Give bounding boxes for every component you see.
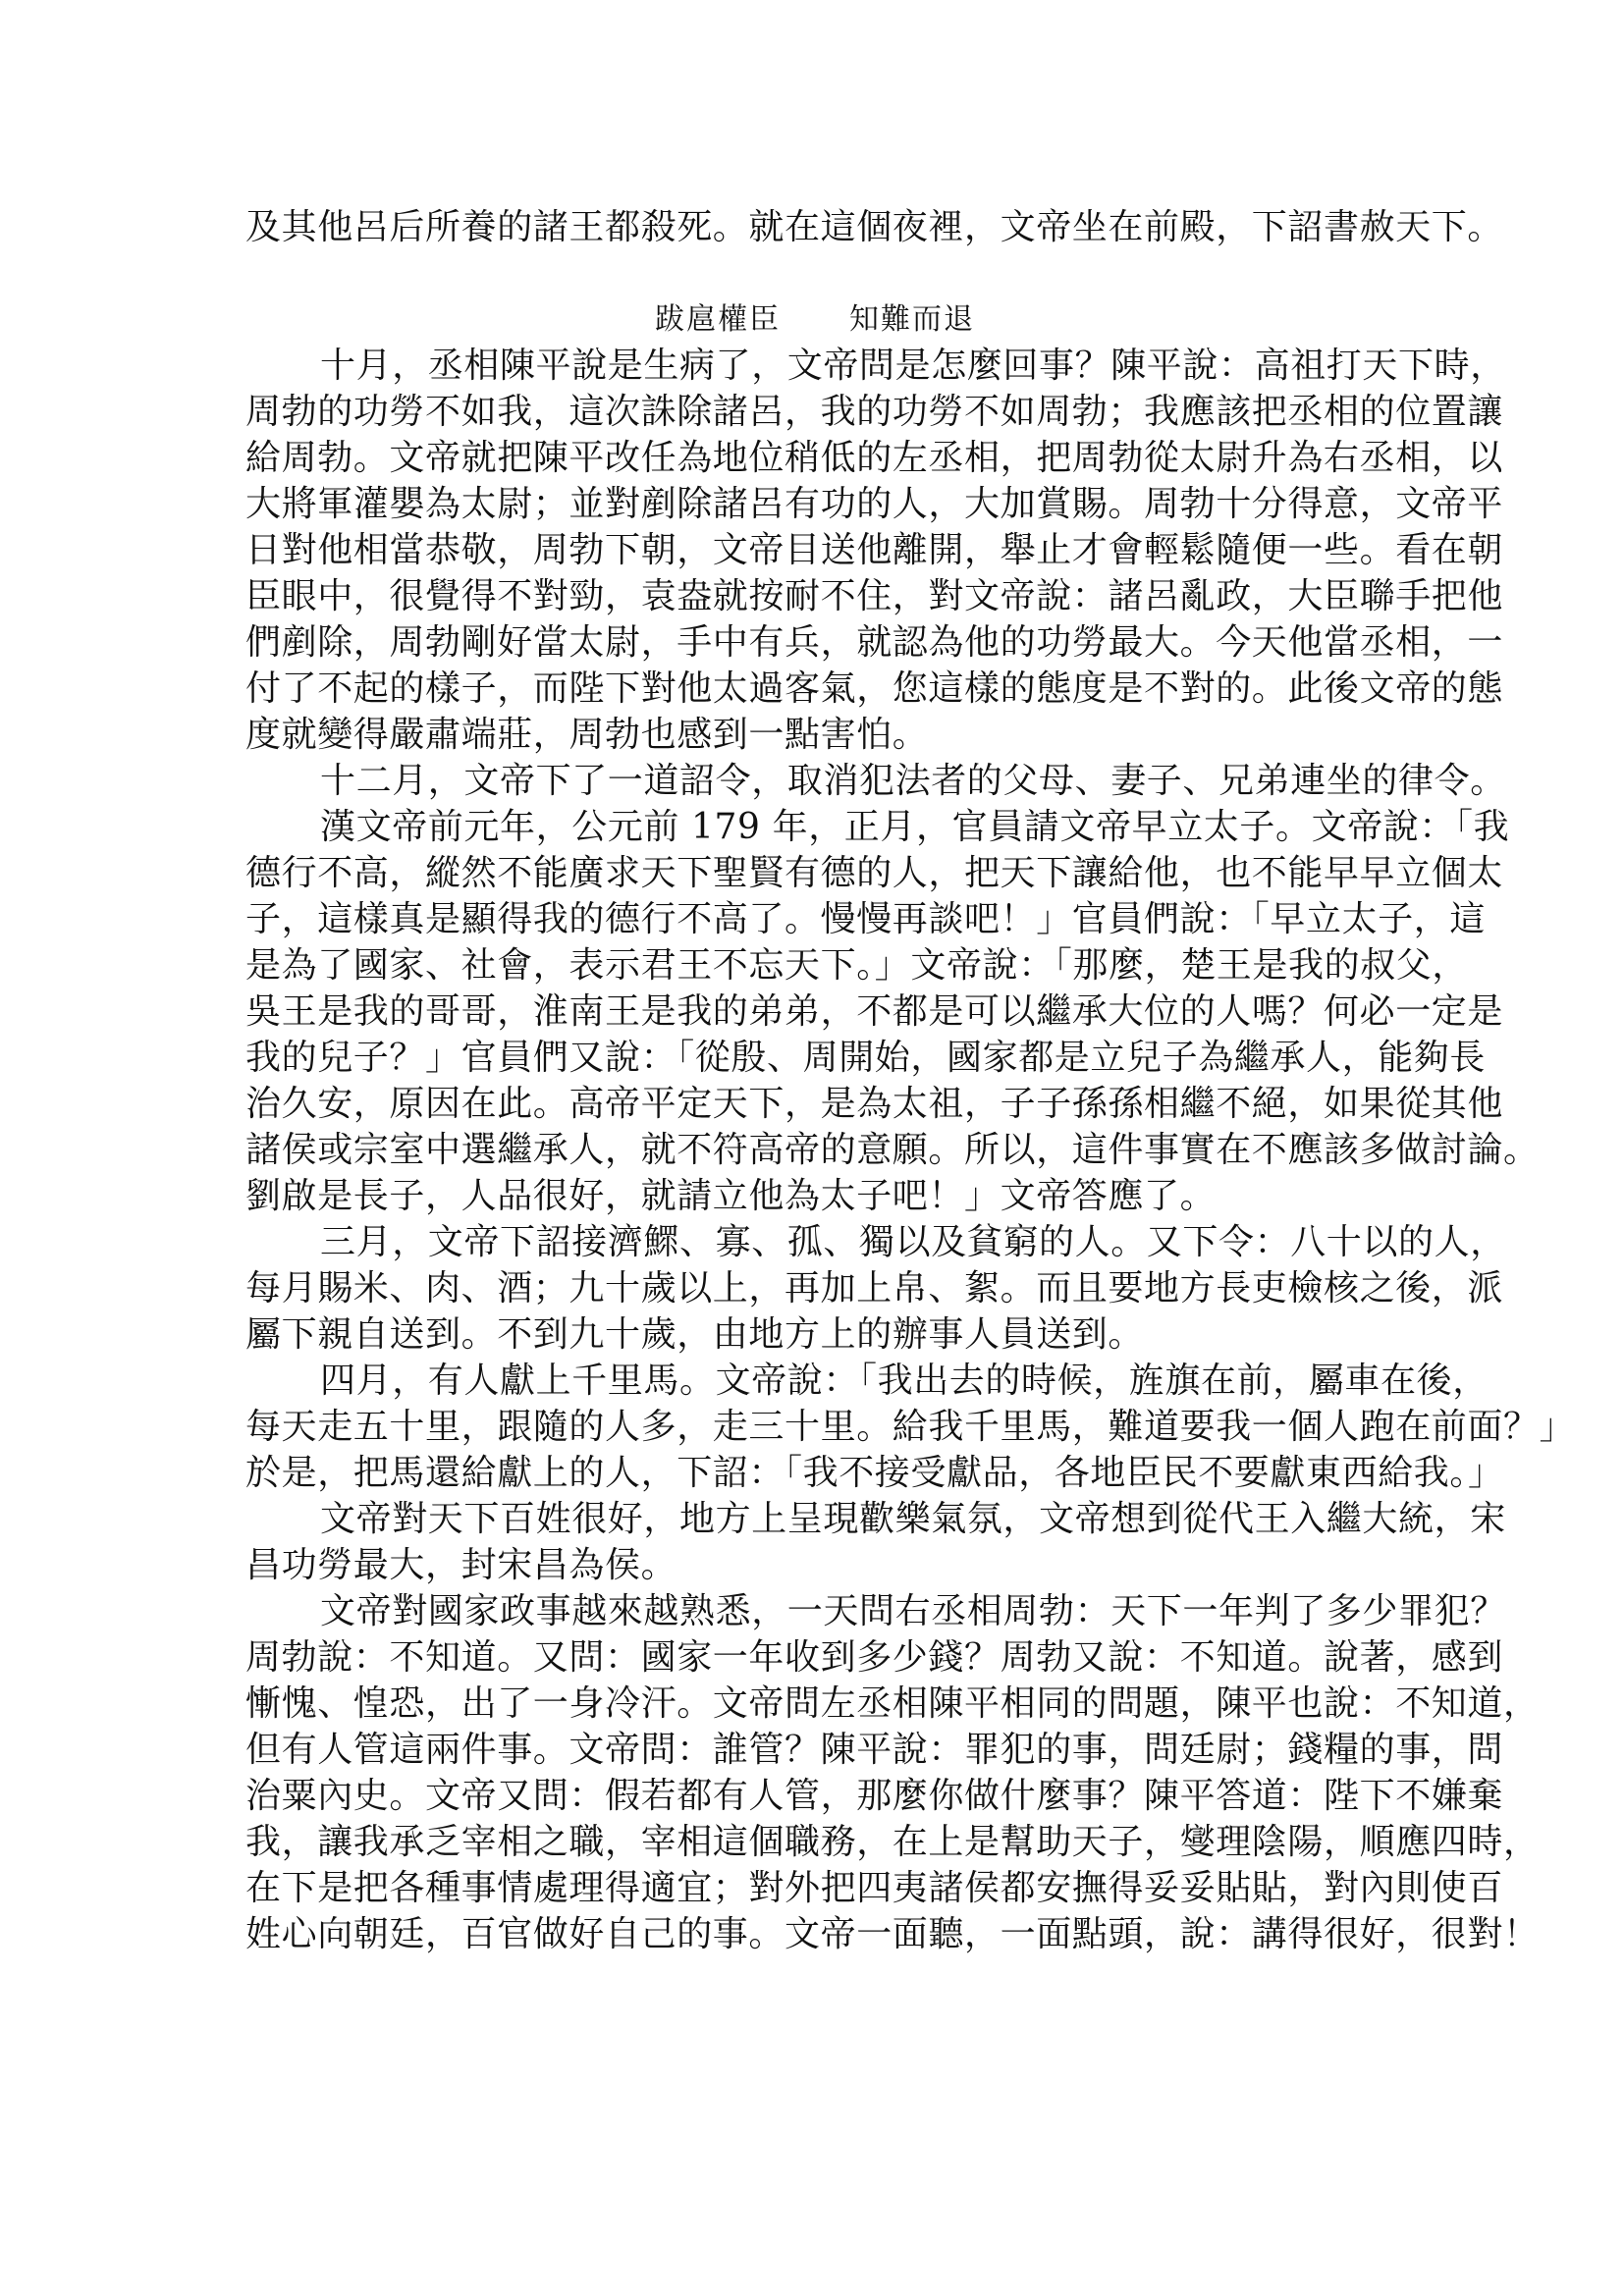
paragraph-crown-prince: 漢文帝前元年，公元前 179 年，正月，官員請文帝早立太子。文帝說：「我 德行不… — [245, 804, 1384, 1219]
text-line: 於是，把馬還給獻上的人，下詔：「我不接受獻品，各地臣民不要獻東西給我。」 — [245, 1450, 1384, 1496]
text-line: 我，讓我承乏宰相之職，宰相這個職務，在上是幫助天子，燮理陰陽，順應四時， — [245, 1819, 1384, 1865]
text-line: 們剷除，周勃剛好當太尉，手中有兵，就認為他的功勞最大。今天他當丞相，一 — [245, 619, 1384, 666]
text-line: 文帝對國家政事越來越熟悉，一天問右丞相周勃：天下一年判了多少罪犯？ — [245, 1588, 1384, 1634]
text-line: 在下是把各種事情處理得適宜；對外把四夷諸侯都安撫得妥妥貼貼，對內則使百 — [245, 1865, 1384, 1911]
text-line: 是為了國家、社會，表示君王不忘天下。」文帝說：「那麼，楚王是我的叔父， — [245, 942, 1384, 988]
paragraph-third-month: 三月，文帝下詔接濟鰥、寡、孤、獨以及貧窮的人。又下令：八十以的人， 每月賜米、肉… — [245, 1219, 1384, 1358]
text-line: 給周勃。文帝就把陳平改任為地位稍低的左丞相，把周勃從太尉升為右丞相，以 — [245, 435, 1384, 481]
text-line: 每天走五十里，跟隨的人多，走三十里。給我千里馬，難道要我一個人跑在前面？」 — [245, 1404, 1384, 1450]
text-line: 漢文帝前元年，公元前 179 年，正月，官員請文帝早立太子。文帝說：「我 — [245, 804, 1384, 850]
text-line: 屬下親自送到。不到九十歲，由地方上的辦事人員送到。 — [245, 1311, 1384, 1358]
document-page: 及其他呂后所養的諸王都殺死。就在這個夜裡，文帝坐在前殿，下詔書赦天下。 跋扈權臣… — [245, 204, 1384, 1957]
text-line: 周勃的功勞不如我，這次誅除諸呂，我的功勞不如周勃；我應該把丞相的位置讓 — [245, 389, 1384, 435]
text-line: 十二月，文帝下了一道詔令，取消犯法者的父母、妻子、兄弟連坐的律令。 — [245, 758, 1384, 804]
text-line: 子，這樣真是顯得我的德行不高了。慢慢再談吧！」官員們說：「早立太子，這 — [245, 896, 1384, 942]
text-line: 日對他相當恭敬，周勃下朝，文帝目送他離開，舉止才會輕鬆隨便一些。看在朝 — [245, 527, 1384, 573]
text-line: 但有人管這兩件事。文帝問：誰管？陳平說：罪犯的事，問廷尉；錢糧的事，問 — [245, 1727, 1384, 1773]
text-line: 臣眼中，很覺得不對勁，袁盎就按耐不住，對文帝說：諸呂亂政，大臣聯手把他 — [245, 573, 1384, 619]
text-line: 周勃說：不知道。又問：國家一年收到多少錢？周勃又說：不知道。說著，感到 — [245, 1634, 1384, 1681]
section-heading-right: 知難而退 — [849, 302, 975, 337]
paragraph-chen-ping-resigns: 十月，丞相陳平說是生病了，文帝問是怎麼回事？陳平說：高祖打天下時， 周勃的功勞不… — [245, 343, 1384, 758]
section-heading-left: 跋扈權臣 — [655, 302, 781, 337]
text-line: 慚愧、惶恐，出了一身冷汗。文帝問左丞相陳平相同的問題，陳平也說：不知道， — [245, 1681, 1384, 1727]
paragraph-twelfth-month: 十二月，文帝下了一道詔令，取消犯法者的父母、妻子、兄弟連坐的律令。 — [245, 758, 1384, 804]
text-line: 三月，文帝下詔接濟鰥、寡、孤、獨以及貧窮的人。又下令：八十以的人， — [245, 1219, 1384, 1265]
text-line: 諸侯或宗室中選繼承人，就不符高帝的意願。所以，這件事實在不應該多做討論。 — [245, 1127, 1384, 1173]
paragraph-fourth-month: 四月，有人獻上千里馬。文帝說：「我出去的時候，旌旗在前，屬車在後， 每天走五十里… — [245, 1358, 1384, 1496]
text-line: 姓心向朝廷，百官做好自己的事。文帝一面聽，一面點頭，說：講得很好，很對！ — [245, 1911, 1384, 1957]
text-line: 治粟內史。文帝又問：假若都有人管，那麼你做什麼事？陳平答道：陛下不嫌棄 — [245, 1773, 1384, 1819]
text-line: 治久安，原因在此。高帝平定天下，是為太祖，子子孫孫相繼不絕，如果從其他 — [245, 1081, 1384, 1127]
paragraph-song-chang: 文帝對天下百姓很好，地方上呈現歡樂氣氛，文帝想到從代王入繼大統，宋 昌功勞最大，… — [245, 1496, 1384, 1588]
text-line: 昌功勞最大，封宋昌為侯。 — [245, 1542, 1384, 1588]
text-line: 每月賜米、肉、酒；九十歲以上，再加上帛、絮。而且要地方長吏檢核之後，派 — [245, 1265, 1384, 1311]
text-line: 十月，丞相陳平說是生病了，文帝問是怎麼回事？陳平說：高祖打天下時， — [245, 343, 1384, 389]
text-line: 付了不起的樣子，而陛下對他太過客氣，您這樣的態度是不對的。此後文帝的態 — [245, 666, 1384, 712]
text-line: 吳王是我的哥哥，淮南王是我的弟弟，不都是可以繼承大位的人嗎？何必一定是 — [245, 988, 1384, 1035]
text-line: 劉啟是長子，人品很好，就請立他為太子吧！」文帝答應了。 — [245, 1173, 1384, 1219]
text-line: 我的兒子？」官員們又說：「從殷、周開始，國家都是立兒子為繼承人，能夠長 — [245, 1035, 1384, 1081]
paragraph-state-affairs: 文帝對國家政事越來越熟悉，一天問右丞相周勃：天下一年判了多少罪犯？ 周勃說：不知… — [245, 1588, 1384, 1957]
section-heading: 跋扈權臣知難而退 — [245, 296, 1384, 343]
text-line: 度就變得嚴肅端莊，周勃也感到一點害怕。 — [245, 712, 1384, 758]
text-line: 四月，有人獻上千里馬。文帝說：「我出去的時候，旌旗在前，屬車在後， — [245, 1358, 1384, 1404]
text-line: 德行不高，縱然不能廣求天下聖賢有德的人，把天下讓給他，也不能早早立個太 — [245, 850, 1384, 896]
opening-line: 及其他呂后所養的諸王都殺死。就在這個夜裡，文帝坐在前殿，下詔書赦天下。 — [245, 204, 1384, 250]
text-line: 文帝對天下百姓很好，地方上呈現歡樂氣氛，文帝想到從代王入繼大統，宋 — [245, 1496, 1384, 1542]
text-line: 大將軍灌嬰為太尉；並對剷除諸呂有功的人，大加賞賜。周勃十分得意，文帝平 — [245, 481, 1384, 527]
